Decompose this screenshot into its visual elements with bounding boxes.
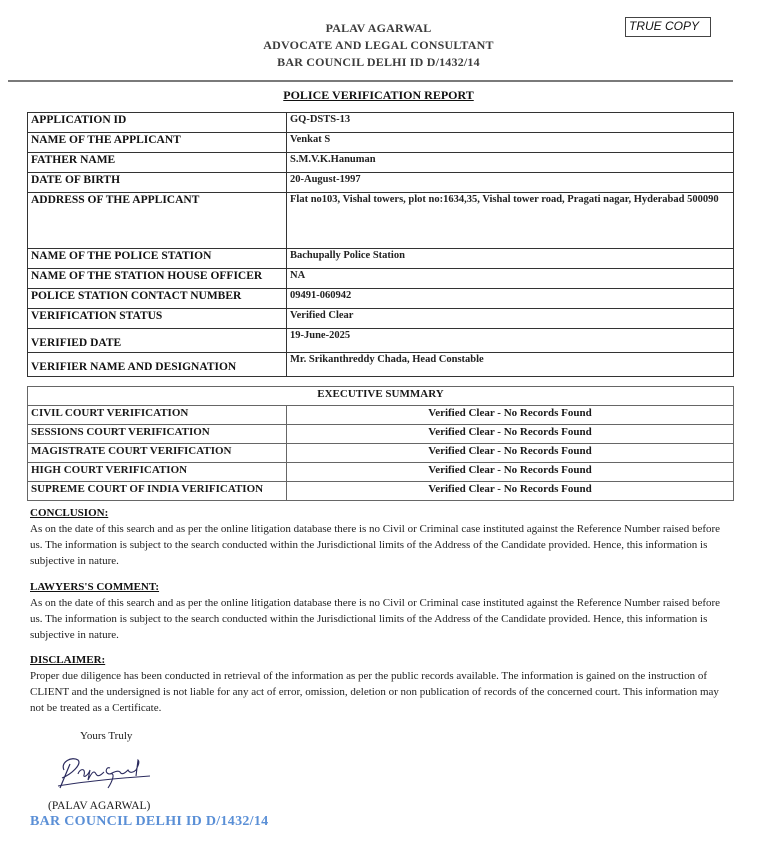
table-row: DATE OF BIRTH20-August-1997 (28, 173, 734, 193)
table-row: POLICE STATION CONTACT NUMBER09491-06094… (28, 289, 734, 309)
table-row: CIVIL COURT VERIFICATIONVerified Clear -… (28, 406, 734, 425)
court-status: Verified Clear - No Records Found (287, 425, 734, 444)
disclaimer-section: DISCLAIMER: Proper due diligence has bee… (30, 652, 730, 716)
court-label: SESSIONS COURT VERIFICATION (28, 425, 287, 444)
lawyers-comment-heading: LAWYERS'S COMMENT: (30, 579, 730, 595)
lawyers-comment-text: As on the date of this search and as per… (30, 595, 730, 643)
conclusion-section: CONCLUSION: As on the date of this searc… (30, 505, 730, 569)
table-row: SUPREME COURT OF INDIA VERIFICATIONVerif… (28, 482, 734, 501)
table-row: FATHER NAMES.M.V.K.Hanuman (28, 153, 734, 173)
court-label: SUPREME COURT OF INDIA VERIFICATION (28, 482, 287, 501)
signature-icon (50, 748, 160, 798)
row-label: ADDRESS OF THE APPLICANT (28, 193, 287, 249)
table-row: VERIFIER NAME AND DESIGNATIONMr. Srikant… (28, 353, 734, 377)
row-value: Venkat S (287, 133, 734, 153)
table-row: NAME OF THE POLICE STATIONBachupally Pol… (28, 249, 734, 269)
table-row: NAME OF THE STATION HOUSE OFFICERNA (28, 269, 734, 289)
court-label: CIVIL COURT VERIFICATION (28, 406, 287, 425)
row-label: NAME OF THE POLICE STATION (28, 249, 287, 269)
conclusion-heading: CONCLUSION: (30, 505, 730, 521)
court-status: Verified Clear - No Records Found (287, 482, 734, 501)
row-value: 20-August-1997 (287, 173, 734, 193)
row-value: Mr. Srikanthreddy Chada, Head Constable (287, 353, 734, 377)
conclusion-text: As on the date of this search and as per… (30, 521, 730, 569)
table-row: APPLICATION IDGQ-DSTS-13 (28, 113, 734, 133)
table-row: VERIFICATION STATUSVerified Clear (28, 309, 734, 329)
row-label: VERIFIER NAME AND DESIGNATION (28, 353, 287, 377)
row-label: NAME OF THE APPLICANT (28, 133, 287, 153)
table-row: VERIFIED DATE19-June-2025 (28, 329, 734, 353)
executive-summary-table: EXECUTIVE SUMMARY CIVIL COURT VERIFICATI… (27, 386, 734, 501)
header-divider (8, 80, 733, 82)
court-status: Verified Clear - No Records Found (287, 406, 734, 425)
row-value: NA (287, 269, 734, 289)
report-title: POLICE VERIFICATION REPORT (0, 88, 757, 103)
advocate-bar-id: BAR COUNCIL DELHI ID D/1432/14 (0, 54, 757, 70)
court-label: HIGH COURT VERIFICATION (28, 463, 287, 482)
closing-text: Yours Truly (80, 730, 132, 742)
signer-bar-id: BAR COUNCIL DELHI ID D/1432/14 (30, 814, 268, 830)
court-status: Verified Clear - No Records Found (287, 444, 734, 463)
row-value: GQ-DSTS-13 (287, 113, 734, 133)
applicant-details-table: APPLICATION IDGQ-DSTS-13 NAME OF THE APP… (27, 112, 734, 377)
row-label: NAME OF THE STATION HOUSE OFFICER (28, 269, 287, 289)
row-value: S.M.V.K.Hanuman (287, 153, 734, 173)
lawyers-comment-section: LAWYERS'S COMMENT: As on the date of thi… (30, 579, 730, 643)
row-value: Verified Clear (287, 309, 734, 329)
summary-heading-row: EXECUTIVE SUMMARY (28, 387, 734, 406)
row-label: POLICE STATION CONTACT NUMBER (28, 289, 287, 309)
row-label: VERIFIED DATE (28, 329, 287, 353)
table-row: SESSIONS COURT VERIFICATIONVerified Clea… (28, 425, 734, 444)
signer-name: (PALAV AGARWAL) (48, 800, 150, 812)
true-copy-stamp: TRUE COPY (625, 17, 711, 37)
table-row: ADDRESS OF THE APPLICANTFlat no103, Vish… (28, 193, 734, 249)
table-row: MAGISTRATE COURT VERIFICATIONVerified Cl… (28, 444, 734, 463)
summary-heading: EXECUTIVE SUMMARY (28, 387, 734, 406)
table-row: HIGH COURT VERIFICATIONVerified Clear - … (28, 463, 734, 482)
court-label: MAGISTRATE COURT VERIFICATION (28, 444, 287, 463)
row-value: Flat no103, Vishal towers, plot no:1634,… (287, 193, 734, 249)
row-value: 19-June-2025 (287, 329, 734, 353)
row-label: VERIFICATION STATUS (28, 309, 287, 329)
row-label: FATHER NAME (28, 153, 287, 173)
disclaimer-text: Proper due diligence has been conducted … (30, 668, 730, 716)
row-value: 09491-060942 (287, 289, 734, 309)
table-row: NAME OF THE APPLICANTVenkat S (28, 133, 734, 153)
disclaimer-heading: DISCLAIMER: (30, 652, 730, 668)
advocate-title: ADVOCATE AND LEGAL CONSULTANT (0, 37, 757, 53)
row-label: APPLICATION ID (28, 113, 287, 133)
row-value: Bachupally Police Station (287, 249, 734, 269)
court-status: Verified Clear - No Records Found (287, 463, 734, 482)
row-label: DATE OF BIRTH (28, 173, 287, 193)
